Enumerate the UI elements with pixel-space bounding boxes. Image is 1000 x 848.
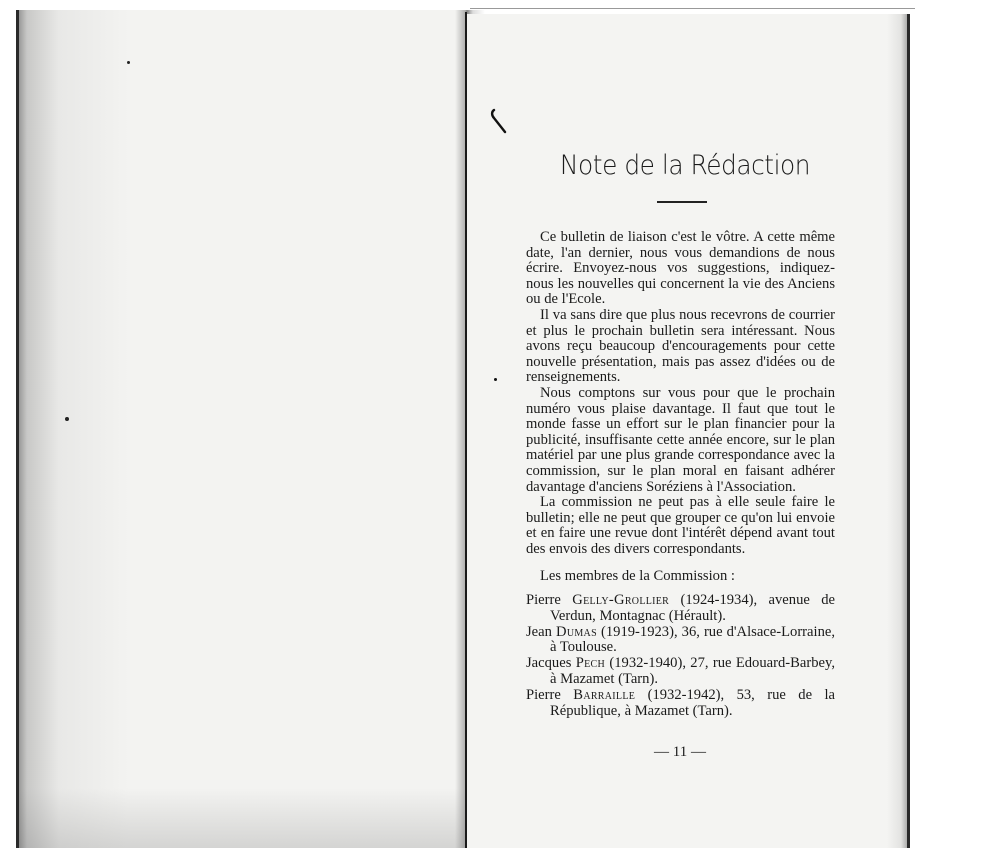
page-top-edge [470,8,915,9]
pen-mark-icon [490,108,508,134]
member-last-name: Barraille [573,687,635,703]
paragraph: Ce bulletin de liaison c'est le vôtre. A… [526,230,835,308]
member-first-name: Pierre [526,687,561,703]
member-last-name: Pech [576,655,605,671]
page-number: — 11 — [640,744,720,761]
member-entry: Pierre Barraille (1932-1942), 53, rue de… [526,688,835,720]
paragraph: La commission ne peut pas à elle seule f… [526,495,835,557]
ink-speck [494,378,497,381]
page-title: Note de la Rédaction [552,150,819,181]
member-last-name: Dumas [556,624,597,640]
members-heading: Les membres de la Commission : [526,569,835,585]
article-body: Ce bulletin de liaison c'est le vôtre. A… [526,230,835,719]
paragraph: Nous comptons sur vous pour que le proch… [526,386,835,495]
title-underline [657,201,707,203]
member-entry: Jacques Pech (1932-1940), 27, rue Edouar… [526,656,835,688]
member-entry: Pierre Gelly-Grollier (1924-1934), avenu… [526,593,835,625]
member-entry: Jean Dumas (1919-1923), 36, rue d'Alsace… [526,625,835,657]
left-page [16,10,469,848]
paragraph: Il va sans dire que plus nous recevrons … [526,308,835,386]
ink-speck [127,61,130,64]
member-first-name: Jacques [526,655,571,671]
member-first-name: Jean [526,624,552,640]
member-first-name: Pierre [526,592,561,608]
ink-speck [65,417,69,421]
member-last-name: Gelly-Grollier [572,592,669,608]
scanned-spread: Note de la Rédaction Ce bulletin de liai… [0,0,1000,848]
